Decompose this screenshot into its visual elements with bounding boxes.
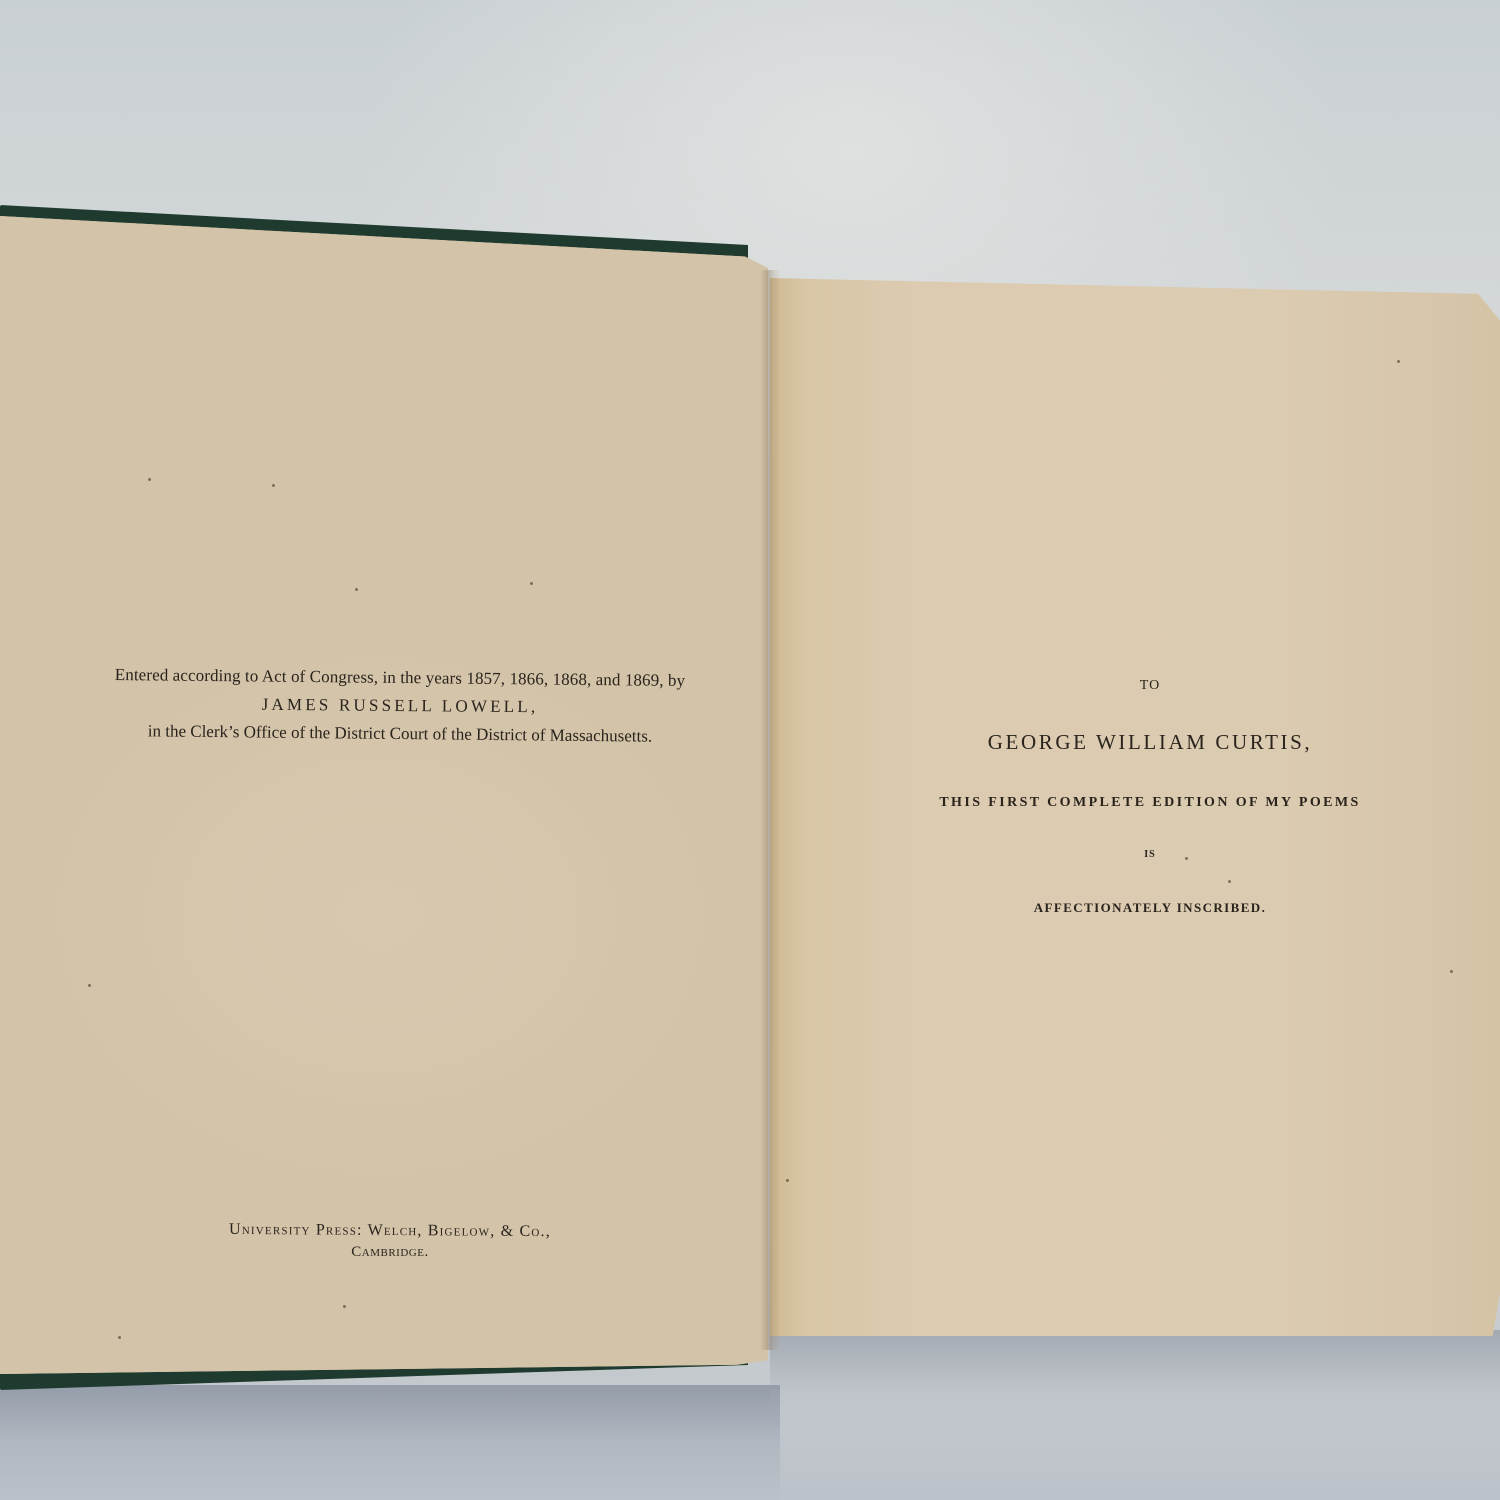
imprint-city: Cambridge. (165, 1244, 615, 1261)
paper-speck (343, 1305, 346, 1308)
dedication-inscribed: AFFECTIONATELY INSCRIBED. (860, 900, 1440, 916)
paper-speck (88, 984, 91, 987)
dedication-to: TO (860, 678, 1440, 694)
table-shadow (0, 1385, 780, 1500)
paper-speck (786, 1179, 789, 1182)
dedication-edition-line: THIS FIRST COMPLETE EDITION OF MY POEMS (860, 795, 1440, 811)
paper-speck (530, 582, 533, 585)
dedication-recipient: GEORGE WILLIAM CURTIS, (860, 730, 1440, 755)
imprint-publisher: University Press: Welch, Bigelow, & Co., (165, 1220, 615, 1241)
printer-imprint: University Press: Welch, Bigelow, & Co.,… (165, 1222, 615, 1261)
left-page-copyright (0, 216, 768, 1374)
paper-speck (148, 478, 151, 481)
paper-speck (272, 484, 275, 487)
paper-speck (1450, 970, 1453, 973)
dedication: TO GEORGE WILLIAM CURTIS, THIS FIRST COM… (860, 678, 1440, 916)
book-gutter (760, 270, 780, 1350)
paper-speck (355, 588, 358, 591)
copyright-notice: Entered according to Act of Congress, in… (55, 668, 745, 744)
copyright-line-entered: Entered according to Act of Congress, in… (55, 664, 745, 691)
copyright-author-name: JAMES RUSSELL LOWELL, (55, 693, 745, 719)
copyright-line-clerk: in the Clerk’s Office of the District Co… (55, 720, 745, 747)
dedication-is: IS (860, 849, 1440, 860)
paper-speck (118, 1336, 121, 1339)
paper-speck (1397, 360, 1400, 363)
table-shadow-right (770, 1330, 1500, 1420)
